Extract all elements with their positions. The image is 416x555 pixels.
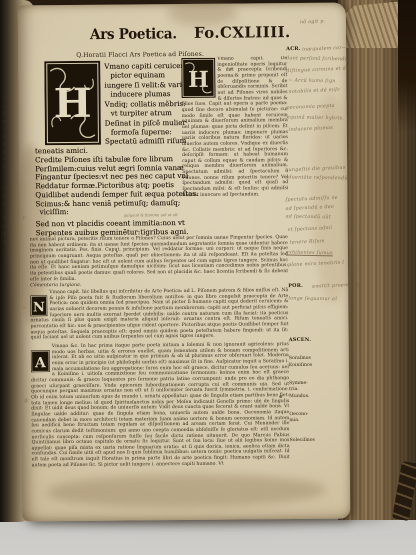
manuscript-note: aduentãte reſpondendũ xyxy=(285,175,347,181)
initial-letter: A xyxy=(34,355,47,371)
margin-gloss: Koiniſmos xyxy=(289,363,312,368)
initial-letter: H xyxy=(54,80,92,127)
margin-label-acron: ACR. xyxy=(286,46,301,52)
poem-line: pictor equinam xyxy=(110,70,165,79)
manuscript-note: nõ agit p. xyxy=(300,19,326,25)
poem-line: inducere plumas xyxy=(110,89,170,99)
top-stain xyxy=(168,0,238,26)
background-shadow xyxy=(398,0,416,132)
commentary-b-text: Vmano capit. hic libellus qui inſcribitu… xyxy=(30,288,288,340)
commentary-c-text: Vmano &c. In hac prima itaque parte poet… xyxy=(31,342,290,468)
commentary-right-column: H Vmano capit. De ingenioſitate operis l… xyxy=(181,56,288,225)
woodcut-initial-b: N xyxy=(30,295,47,316)
manuscript-note: dant perſonã ſcribendi xyxy=(286,56,346,62)
margin-gloss: Mundus. xyxy=(289,394,309,399)
poem-line: iungere ſi velit:& varias xyxy=(104,80,190,90)
poem-line: viciſſim: xyxy=(40,207,69,216)
initial-letter: N xyxy=(33,300,45,315)
manuscript-note: diſtingue carmina et dẽ xyxy=(286,66,349,74)
manuscript-note: exhibentes ſumus xyxy=(286,250,333,256)
margin-label-porphyrion: POR. xyxy=(288,283,303,289)
poem-line: Spectatũ admiſſi riſum xyxy=(105,136,187,146)
manuscript-note: ad ſpectandũ aũt xyxy=(286,215,331,221)
page-header-title: Ars Poetica. xyxy=(90,25,177,43)
page-edge-bleedthrough-text: ſatyrampoeticæmirant xyxy=(2,96,8,396)
margin-gloss: Soleciſmos xyxy=(290,438,315,443)
poem-line: Vmano capiti ceruicem xyxy=(104,61,187,71)
margin-gloss: mia. xyxy=(289,418,299,423)
margin-mark: g; xyxy=(24,397,29,403)
manuscript-note: equinã mulier hybris. xyxy=(287,115,344,121)
woodcut-initial-h: H xyxy=(44,61,101,145)
book-photo: { "colors":{"parchment":"#d6c9ab","ink":… xyxy=(0,0,416,555)
poem-line: Deſinat in piſcẽ mulier xyxy=(105,118,186,128)
margin-gloss: Oecono- xyxy=(289,412,308,417)
interlinear-note: gulgaud & fiamma uel ut alt xyxy=(124,212,178,217)
commentary-block-a: nec animal pictura, poteritis riſum tene… xyxy=(30,235,288,282)
commentary-block-b: N Vmano capit. hic libellus qui inſcribi… xyxy=(30,288,288,341)
page: Ars Poetica. Fo.CXLIIII. Q.Horatii Flacc… xyxy=(18,3,350,522)
poem-line: Vndiq; collatis mẽbris: xyxy=(105,99,186,109)
bottom-stain xyxy=(46,473,326,509)
margin-gloss: Symme- xyxy=(289,381,308,386)
manuscript-note: ~ Arcũ humo ſign xyxy=(288,78,335,84)
margin-gloss: tria. xyxy=(289,387,299,392)
margin-mark: ~ xyxy=(22,305,26,311)
woodcut-initial-column: H xyxy=(181,58,215,98)
margin-label-ascensius: ASCEN. xyxy=(289,337,312,343)
poem-line: vt turpiter atrum xyxy=(111,108,172,118)
initial-letter: H xyxy=(188,67,209,93)
poem-line: teneatis amici. xyxy=(35,146,88,155)
manuscript-note: longe ſequamur eĩ xyxy=(288,296,337,302)
folio-number: Fo.CXLIIII. xyxy=(194,23,291,42)
margin-mark: r xyxy=(23,215,25,221)
margin-gloss: Soraſmos xyxy=(289,356,311,361)
commentary-block-c: A Vmano &c. In hac prima itaque parte po… xyxy=(31,342,290,469)
manuscript-note: inæqualem cor~ xyxy=(302,46,346,53)
woodcut-initial-c: A xyxy=(31,350,50,372)
